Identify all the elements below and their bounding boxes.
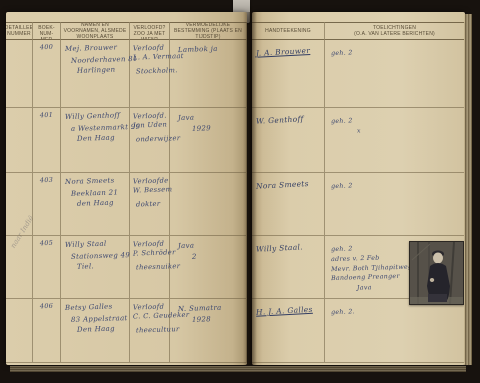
name-cell: Willy Genthoff a Westenmarkt 99 Den Haag <box>61 108 130 173</box>
destination-cell: Java 1929 <box>170 108 247 173</box>
portrait-figure-graphic <box>410 242 463 304</box>
name-cell: Betsy Galles 83 Appelstraat Den Haag <box>61 299 130 363</box>
signature-cell: W. Genthoff <box>252 108 325 173</box>
destination-cell: N. Sumatra 1928 <box>170 299 247 363</box>
stamboek-number: 403 <box>33 173 61 236</box>
header-stamboek-number: STAM- BOEK- NUM- MER <box>33 22 61 40</box>
page-edges-bottom <box>10 366 466 372</box>
remarks-cell: geh. 2 x <box>325 108 465 173</box>
header-detail-number: GEDETAILLEERD NUMMER <box>6 22 33 40</box>
right-page-table: HANDTEEKENING TOELICHTINGEN (O.A. VAN LA… <box>252 22 465 363</box>
header-destination: VERMOEDELIJKE BESTEMMING (PLAATS EN TIJD… <box>170 22 247 40</box>
left-page: naar Indië GEDETAILLEERD NUMMER STAM- BO… <box>6 12 247 365</box>
destination-cell: Java 2 <box>170 236 247 299</box>
signature-cell: Nora Smeets <box>252 173 325 236</box>
page-edges-right <box>464 14 472 365</box>
signature-cell: Willy Staal. <box>252 236 325 299</box>
engaged-cell: Verloofd. Jan Uden onderwijzer <box>130 108 170 173</box>
stamboek-number: 400 <box>33 40 61 108</box>
name-cell: Mej. Brouwer Noorderhaven 81 Harlingen <box>61 40 130 108</box>
destination-cell <box>170 173 247 236</box>
margin-cell <box>6 236 33 299</box>
remarks-cell: geh. 2 <box>325 40 465 108</box>
signature-cell: J. A. Brouwer <box>252 40 325 108</box>
margin-cell <box>6 108 33 173</box>
remarks-cell: geh. 2. <box>325 299 465 363</box>
register-book-photograph: naar Indië GEDETAILLEERD NUMMER STAM- BO… <box>0 0 480 383</box>
engaged-cell: Verloofd P. Schröder theesnuiker <box>130 236 170 299</box>
header-signature: HANDTEEKENING <box>252 22 325 40</box>
book-gutter-shadow <box>243 12 257 365</box>
stamboek-number: 406 <box>33 299 61 363</box>
margin-cell <box>6 40 33 108</box>
margin-cell <box>6 299 33 363</box>
name-cell: Willy Staal Stationsweg 49 Tiel. <box>61 236 130 299</box>
engaged-cell: Verloofd C. C. Geudeker theecultuur <box>130 299 170 363</box>
margin-cell <box>6 173 33 236</box>
right-page: HANDTEEKENING TOELICHTINGEN (O.A. VAN LA… <box>252 12 465 365</box>
stamboek-number: 405 <box>33 236 61 299</box>
stamboek-number: 401 <box>33 108 61 173</box>
signature-cell: H. J. A. Galles <box>252 299 325 363</box>
header-names: NAMEN EN VOORNAMEN, ALSMEDE WOONPLAATS <box>61 22 130 40</box>
header-remarks: TOELICHTINGEN (O.A. VAN LATERE BERICHTEN… <box>325 22 465 40</box>
remarks-cell: geh. 2 <box>325 173 465 236</box>
destination-cell: Lambok ja <box>170 40 247 108</box>
engaged-cell: Verloofde W. Bessem dokter <box>130 173 170 236</box>
left-page-table: GEDETAILLEERD NUMMER STAM- BOEK- NUM- ME… <box>6 22 247 363</box>
name-cell: Nora Smeets Beeklaan 21 den Haag <box>61 173 130 236</box>
attached-portrait-photo <box>409 241 464 305</box>
header-engaged: GEHUWD OF VERLOOFD? ZOO JA MET WIEN? <box>130 22 170 40</box>
engaged-cell: Verloofd L. A. Vermaat Stockholm. <box>130 40 170 108</box>
